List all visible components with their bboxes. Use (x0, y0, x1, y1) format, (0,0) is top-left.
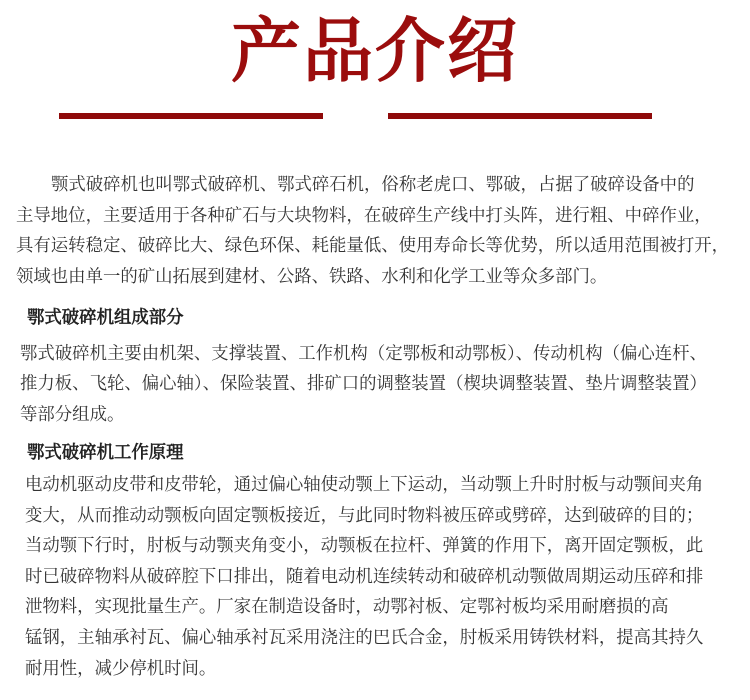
paragraph-line: 耐用性，减少停机时间。 (25, 659, 216, 679)
paragraph-line: 等部分组成。 (20, 405, 124, 425)
paragraph-line: 领域也由单一的矿山拓展到建材、公路、铁路、水利和化学工业等众多部门。 (16, 267, 607, 287)
paragraph-line: 电动机驱动皮带和皮带轮，通过偏心轴使动颚上下运动，当动颚上升时肘板与动颚间夹角 (25, 475, 703, 495)
title-underline-right (388, 113, 652, 119)
paragraph-line: 泄物料，实现批量生产。厂家在制造设备时，动鄂衬板、定鄂衬板均采用耐磨损的高 (25, 597, 668, 617)
paragraph-line: 锰钢，主轴承衬瓦、偏心轴承衬瓦采用浇注的巴氏合金，肘板采用铸铁材料，提高其持久 (25, 628, 703, 648)
paragraph-line: 鄂式破碎机主要由机架、支撑装置、工作机构（定鄂板和动鄂板）、传动机构（偏心连杆、 (20, 344, 707, 364)
paragraph-line: 颚式破碎机也叫鄂式破碎机、鄂式碎石机，俗称老虎口、鄂破，占据了破碎设备中的 (51, 175, 694, 195)
paragraph-line: 变大，从而推动动颚板向固定颚板接近，与此同时物料被压碎或劈碎，达到破碎的目的； (25, 506, 703, 526)
section-heading: 鄂式破碎机组成部分 (27, 308, 184, 328)
section-heading: 鄂式破碎机工作原理 (27, 443, 184, 463)
title-underline-left (59, 113, 323, 119)
page-title: 产品介绍 (0, 6, 750, 96)
paragraph-line: 具有运转稳定、破碎比大、绿色环保、耗能量低、使用寿命长等优势，所以适用范围被打开… (16, 236, 729, 256)
paragraph-line: 当动颚下行时，肘板与动颚夹角变小，动颚板在拉杆、弹簧的作用下，离开固定颚板，此 (25, 536, 703, 556)
paragraph-line: 主导地位，主要适用于各种矿石与大块物料，在破碎生产线中打头阵，进行粗、中碎作业， (16, 206, 712, 226)
paragraph-line: 时已破碎物料从破碎腔下口排出，随着电动机连续转动和破碎机动颚做周期运动压碎和排 (25, 567, 703, 587)
paragraph-line: 推力板、飞轮、偏心轴）、保险装置、排矿口的调整装置（楔块调整装置、垫片调整装置） (20, 374, 707, 394)
